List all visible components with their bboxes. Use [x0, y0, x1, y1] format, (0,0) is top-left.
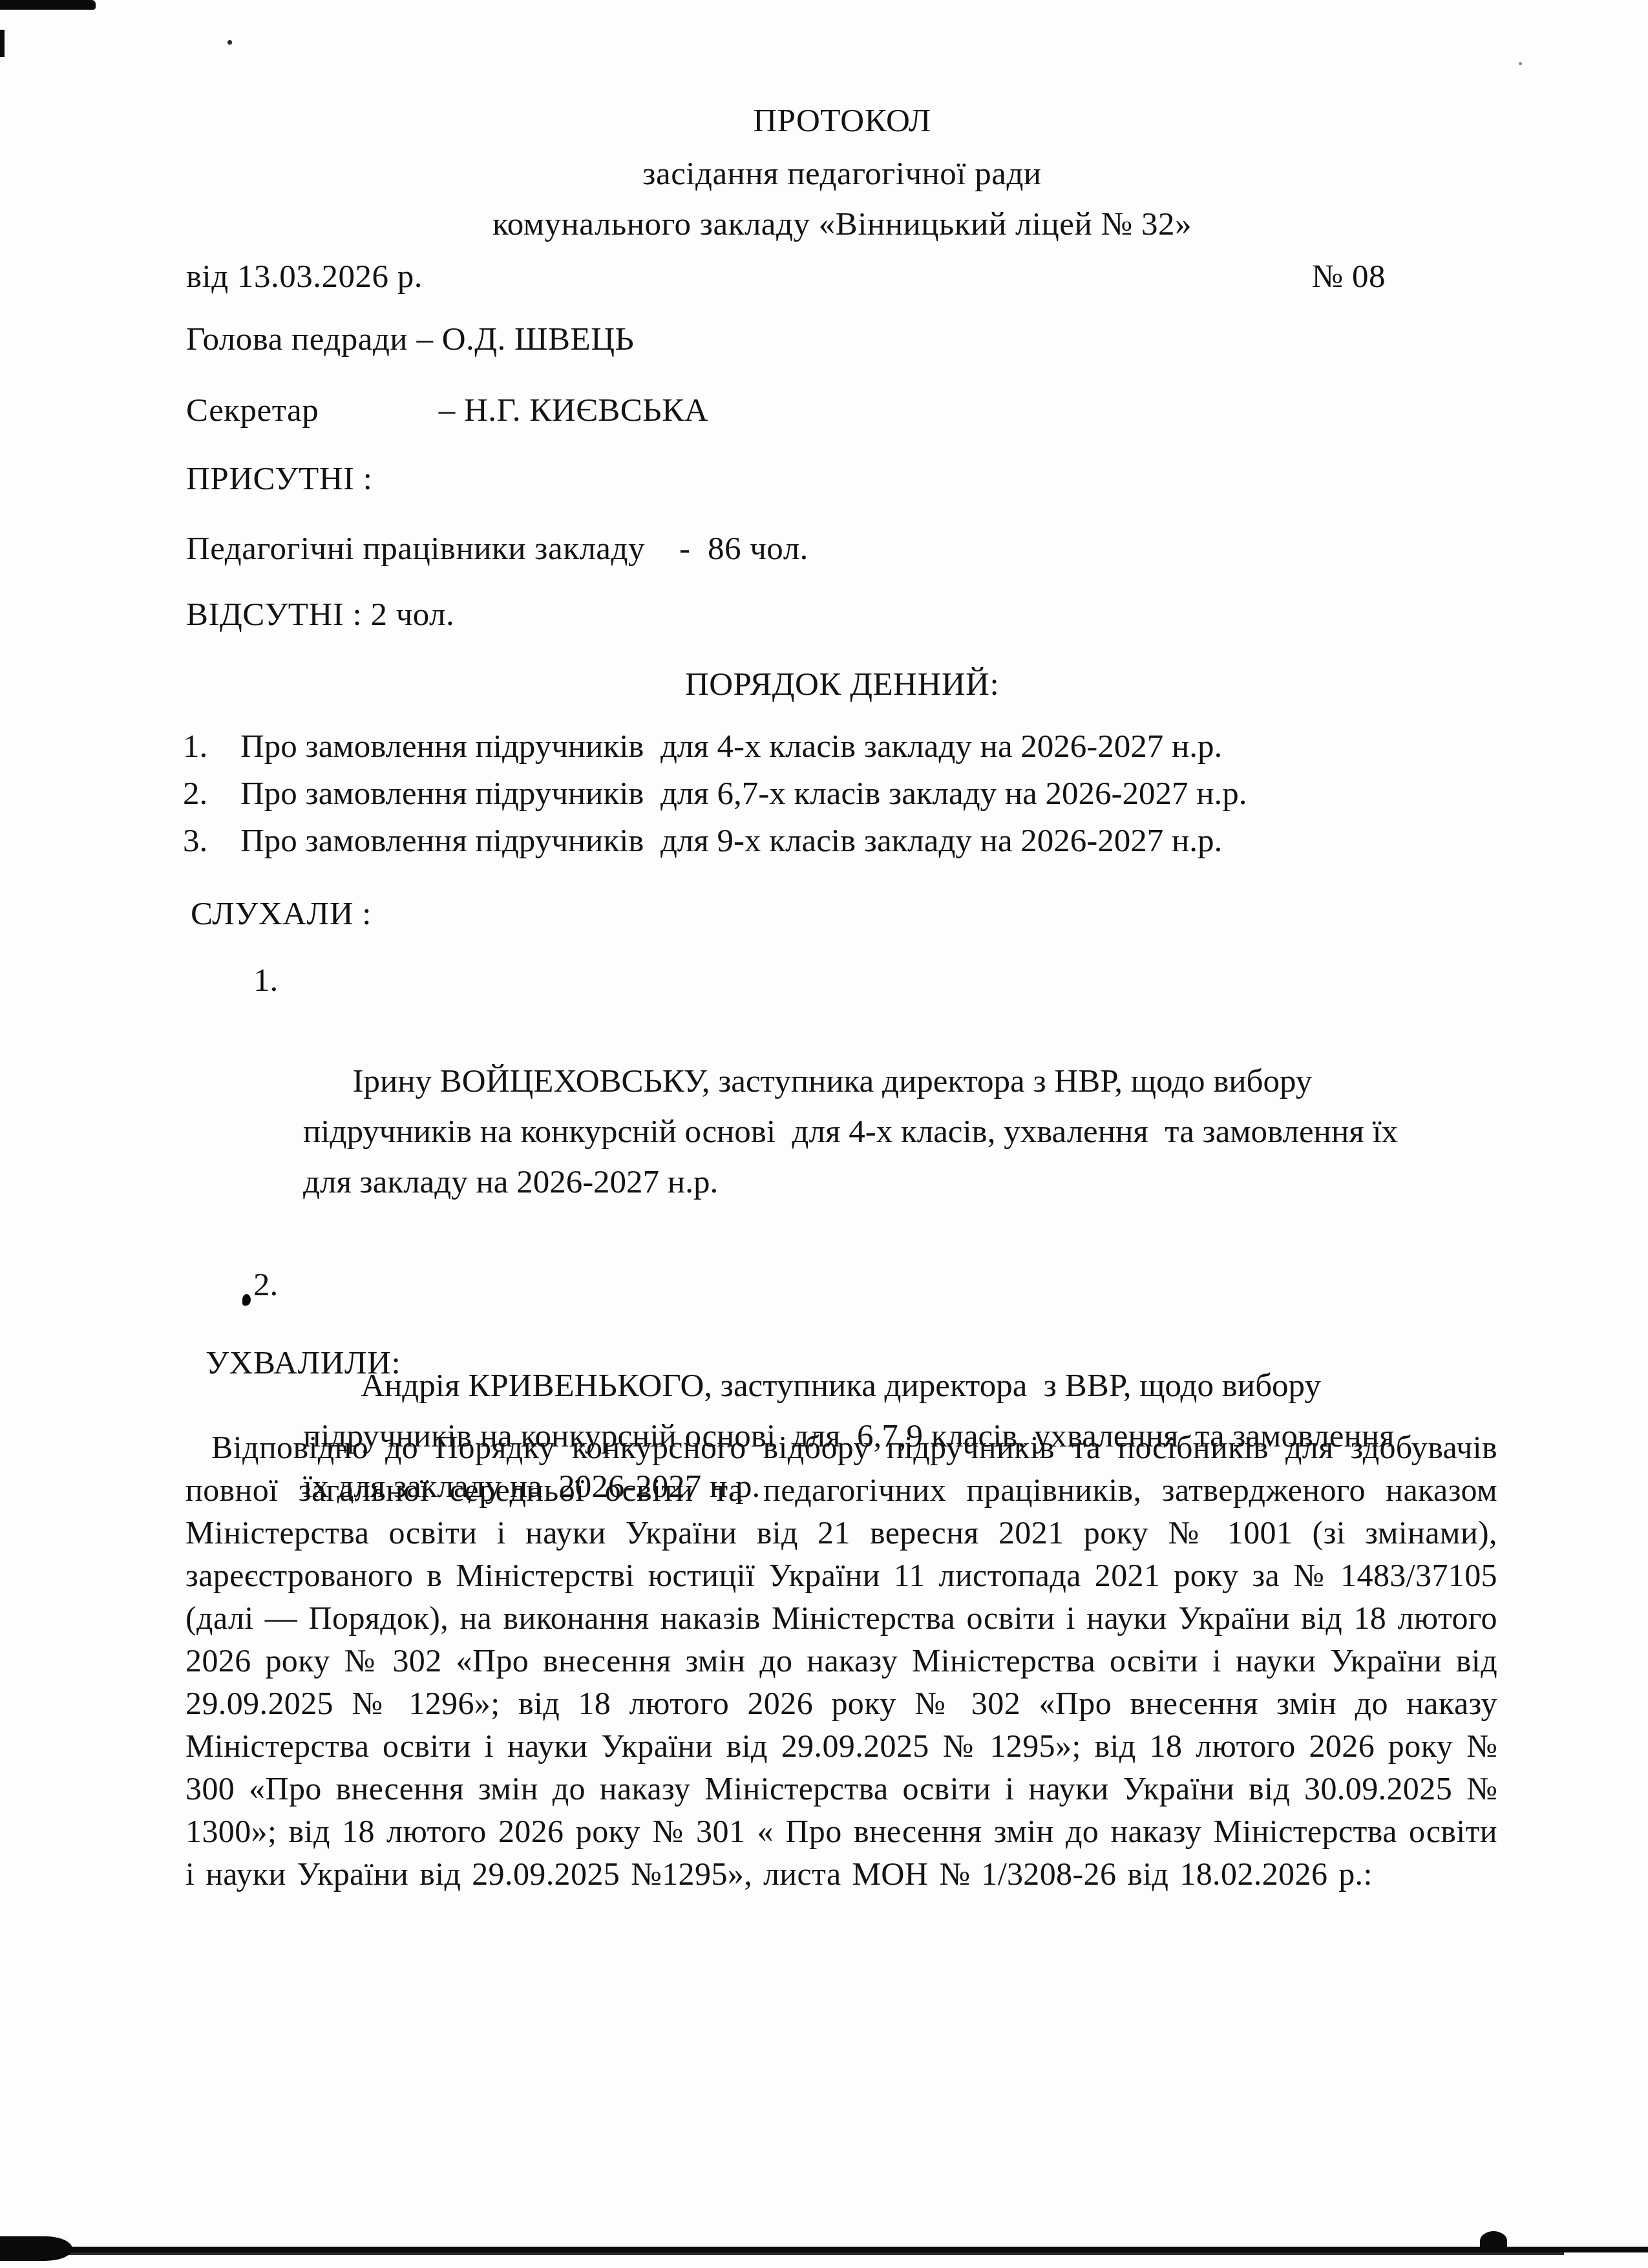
heard-item-text: Ірину ВОЙЦЕХОВСЬКУ, заступника директора…: [303, 1063, 1406, 1200]
agenda-item: 2. Про замовлення підручників для 6,7-х …: [183, 775, 1540, 822]
stray-ink-dot: [242, 1294, 251, 1306]
heard-heading: СЛУХАЛИ :: [191, 895, 372, 933]
resolved-paragraph: Відповідно до Порядку конкурсного відбор…: [185, 1426, 1497, 1895]
agenda-list: 1. Про замовлення підручників для 4-х кл…: [183, 728, 1540, 869]
scan-speck-top-right: [1519, 62, 1522, 65]
agenda-item-text: Про замовлення підручників для 4-х класі…: [240, 728, 1222, 765]
resolved-heading: УХВАЛИЛИ:: [206, 1344, 401, 1382]
agenda-item: 1. Про замовлення підручників для 4-х кл…: [183, 728, 1540, 775]
subtitle-line-1: засідання педагогічної ради: [36, 155, 1648, 193]
scan-artifact-top-left-blob: [0, 0, 96, 10]
present-heading: ПРИСУТНІ :: [186, 460, 372, 498]
agenda-heading: ПОРЯДОК ДЕННИЙ:: [36, 666, 1648, 703]
scan-artifact-bottom-line-2: [39, 2252, 1564, 2255]
secretary-line: Секретар – Н.Г. КИЄВСЬКА: [186, 392, 708, 429]
date-line: від 13.03.2026 р.: [186, 258, 423, 295]
agenda-item-text: Про замовлення підручників для 9-х класі…: [240, 822, 1222, 860]
scan-artifact-bottom-bump: [1480, 2231, 1507, 2251]
protocol-number: № 08: [1312, 258, 1386, 295]
page-title: ПРОТОКОЛ: [36, 102, 1648, 140]
subtitle-line-2: комунального закладу «Вінницький ліцей №…: [36, 206, 1648, 243]
scan-artifact-top-left-bar: [0, 30, 5, 57]
date-number-row: від 13.03.2026 р. № 08: [186, 258, 1386, 295]
heard-item: 1. Ірину ВОЙЦЕХОВСЬКУ, заступника директ…: [253, 955, 1407, 1258]
agenda-item: 3. Про замовлення підручників для 9-х кл…: [183, 822, 1540, 869]
heard-item-number: 1.: [253, 955, 278, 1006]
agenda-item-number: 3.: [183, 822, 240, 860]
agenda-item-text: Про замовлення підручників для 6,7-х кла…: [240, 775, 1247, 812]
absent-line: ВІДСУТНІ : 2 чол.: [186, 596, 454, 633]
chair-line: Голова педради – О.Д. ШВЕЦЬ: [186, 321, 634, 358]
heard-item-number: 2.: [253, 1260, 278, 1310]
scan-speck-top: [227, 40, 232, 45]
document-page: ПРОТОКОЛ засідання педагогічної ради ком…: [0, 0, 1648, 2268]
agenda-item-number: 1.: [183, 728, 240, 765]
present-count-line: Педагогічні працівники закладу - 86 чол.: [186, 530, 808, 567]
agenda-item-number: 2.: [183, 775, 240, 812]
